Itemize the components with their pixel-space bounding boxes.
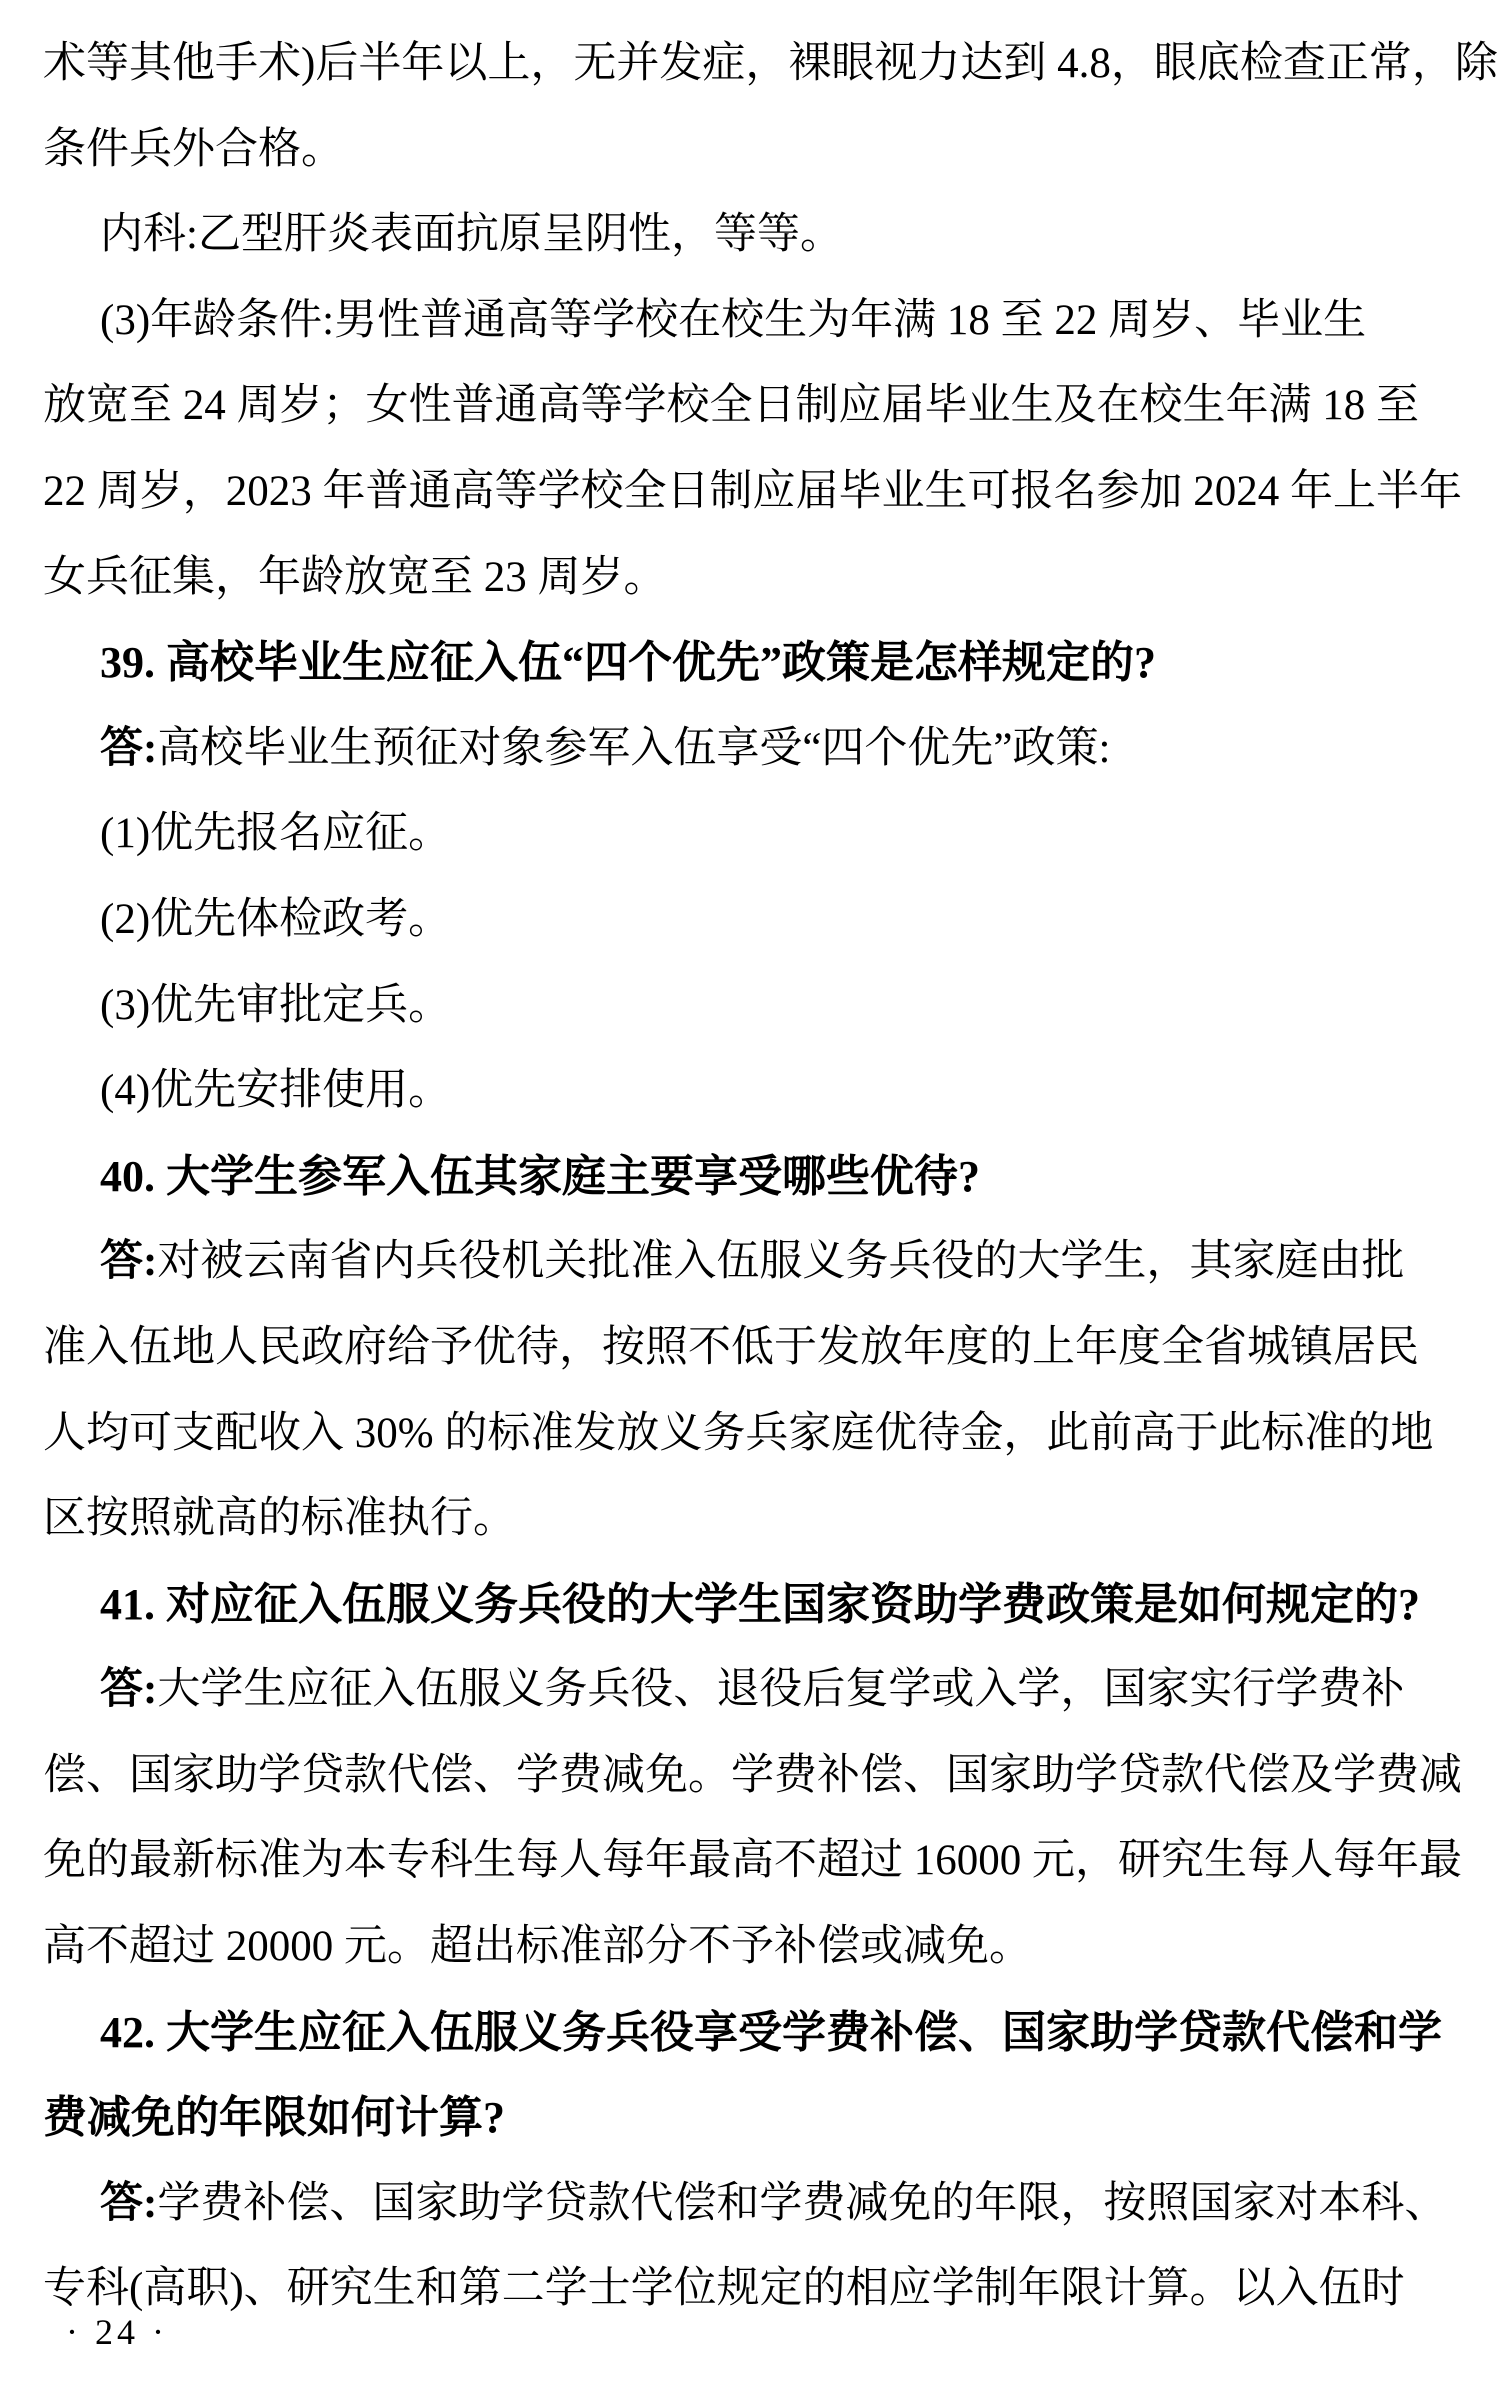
line-text: 39. 高校毕业生应征入伍“四个优先”政策是怎样规定的? [100,638,1156,687]
line-text: 42. 大学生应征入伍服义务兵役享受学费补偿、国家助学贷款代偿和学 [100,2008,1442,2057]
line-text: 女兵征集，年龄放宽至 23 周岁。 [43,554,667,601]
document-page: 术等其他手术)后半年以上，无并发症，裸眼视力达到 4.8，眼底检查正常，除条件兵… [0,0,1499,2395]
line-text: (3)优先审批定兵。 [100,982,451,1029]
line-text: (1)优先报名应征。 [100,810,451,857]
text-line: (3)优先审批定兵。 [43,963,1456,1049]
text-line: 女兵征集，年龄放宽至 23 周岁。 [43,535,1456,621]
text-line: 条件兵外合格。 [43,107,1456,193]
question-heading-line: 费减免的年限如何计算? [43,2075,1456,2161]
line-text: 放宽至 24 周岁；女性普通高等学校全日制应届毕业生及在校生年满 18 至 [43,382,1419,429]
text-line: 高不超过 20000 元。超出标准部分不予补偿或减免。 [43,1904,1456,1990]
line-text: (2)优先体检政考。 [100,896,451,943]
line-text: 区按照就高的标准执行。 [43,1495,516,1542]
line-text: 41. 对应征入伍服义务兵役的大学生国家资助学费政策是如何规定的? [100,1580,1420,1629]
line-text: (4)优先安排使用。 [100,1067,451,1114]
line-text: 高校毕业生预征对象参军入伍享受“四个优先”政策: [157,725,1110,772]
line-text: 22 周岁，2023 年普通高等学校全日制应届毕业生可报名参加 2024 年上半… [43,468,1462,515]
text-line: 内科:乙型肝炎表面抗原呈阴性，等等。 [43,192,1456,278]
line-text: 偿、国家助学贷款代偿、学费减免。学费补偿、国家助学贷款代偿及学费减 [43,1752,1462,1799]
question-heading-line: 40. 大学生参军入伍其家庭主要享受哪些优待? [43,1134,1456,1220]
text-line: 免的最新标准为本专科生每人每年最高不超过 16000 元，研究生每人每年最 [43,1818,1456,1904]
line-text: 费减免的年限如何计算? [43,2093,505,2142]
question-heading-line: 39. 高校毕业生应征入伍“四个优先”政策是怎样规定的? [43,620,1456,706]
text-line: (1)优先报名应征。 [43,791,1456,877]
line-text: 准入伍地人民政府给予优待，按照不低于发放年度的上年度全省城镇居民 [43,1324,1419,1371]
line-text: 条件兵外合格。 [43,126,344,173]
text-line: 偿、国家助学贷款代偿、学费减免。学费补偿、国家助学贷款代偿及学费减 [43,1733,1456,1819]
text-line: 答:学费补偿、国家助学贷款代偿和学费减免的年限，按照国家对本科、 [43,2161,1456,2247]
text-line: (3)年龄条件:男性普通高等学校在校生为年满 18 至 22 周岁、毕业生 [43,278,1456,364]
text-line: 22 周岁，2023 年普通高等学校全日制应届毕业生可报名参加 2024 年上半… [43,449,1456,535]
text-line: 人均可支配收入 30% 的标准发放义务兵家庭优待金，此前高于此标准的地 [43,1391,1456,1477]
line-text: 学费补偿、国家助学贷款代偿和学费减免的年限，按照国家对本科、 [157,2180,1447,2227]
answer-prefix: 答: [100,2180,157,2227]
text-line: 专科(高职)、研究生和第二学士学位规定的相应学制年限计算。以入伍时 [43,2246,1456,2332]
line-text: 高不超过 20000 元。超出标准部分不予补偿或减免。 [43,1923,1032,1970]
text-line: (4)优先安排使用。 [43,1048,1456,1134]
line-text: 术等其他手术)后半年以上，无并发症，裸眼视力达到 4.8，眼底检查正常，除 [43,40,1498,87]
text-line: 术等其他手术)后半年以上，无并发症，裸眼视力达到 4.8，眼底检查正常，除 [43,21,1456,107]
answer-prefix: 答: [100,1238,157,1285]
line-text: 内科:乙型肝炎表面抗原呈阴性，等等。 [100,211,843,258]
line-text: 免的最新标准为本专科生每人每年最高不超过 16000 元，研究生每人每年最 [43,1837,1462,1884]
text-line: 答:对被云南省内兵役机关批准入伍服义务兵役的大学生，其家庭由批 [43,1219,1456,1305]
text-line: (2)优先体检政考。 [43,877,1456,963]
answer-prefix: 答: [100,1666,157,1713]
page-number: · 24 · [66,2305,168,2359]
text-line: 区按照就高的标准执行。 [43,1476,1456,1562]
answer-prefix: 答: [100,725,157,772]
line-text: 对被云南省内兵役机关批准入伍服义务兵役的大学生，其家庭由批 [157,1238,1404,1285]
line-text: (3)年龄条件:男性普通高等学校在校生为年满 18 至 22 周岁、毕业生 [100,297,1366,344]
line-text: 40. 大学生参军入伍其家庭主要享受哪些优待? [100,1152,980,1201]
line-text: 大学生应征入伍服义务兵役、退役后复学或入学，国家实行学费补 [157,1666,1404,1713]
line-text: 专科(高职)、研究生和第二学士学位规定的相应学制年限计算。以入伍时 [43,2265,1405,2312]
question-heading-line: 42. 大学生应征入伍服义务兵役享受学费补偿、国家助学贷款代偿和学 [43,1990,1456,2076]
text-line: 答:大学生应征入伍服义务兵役、退役后复学或入学，国家实行学费补 [43,1647,1456,1733]
text-line: 放宽至 24 周岁；女性普通高等学校全日制应届毕业生及在校生年满 18 至 [43,363,1456,449]
line-text: 人均可支配收入 30% 的标准发放义务兵家庭优待金，此前高于此标准的地 [43,1410,1433,1457]
text-line: 准入伍地人民政府给予优待，按照不低于发放年度的上年度全省城镇居民 [43,1305,1456,1391]
text-line: 答:高校毕业生预征对象参军入伍享受“四个优先”政策: [43,706,1456,792]
text-block: 术等其他手术)后半年以上，无并发症，裸眼视力达到 4.8，眼底检查正常，除条件兵… [43,21,1456,2332]
question-heading-line: 41. 对应征入伍服义务兵役的大学生国家资助学费政策是如何规定的? [43,1562,1456,1648]
